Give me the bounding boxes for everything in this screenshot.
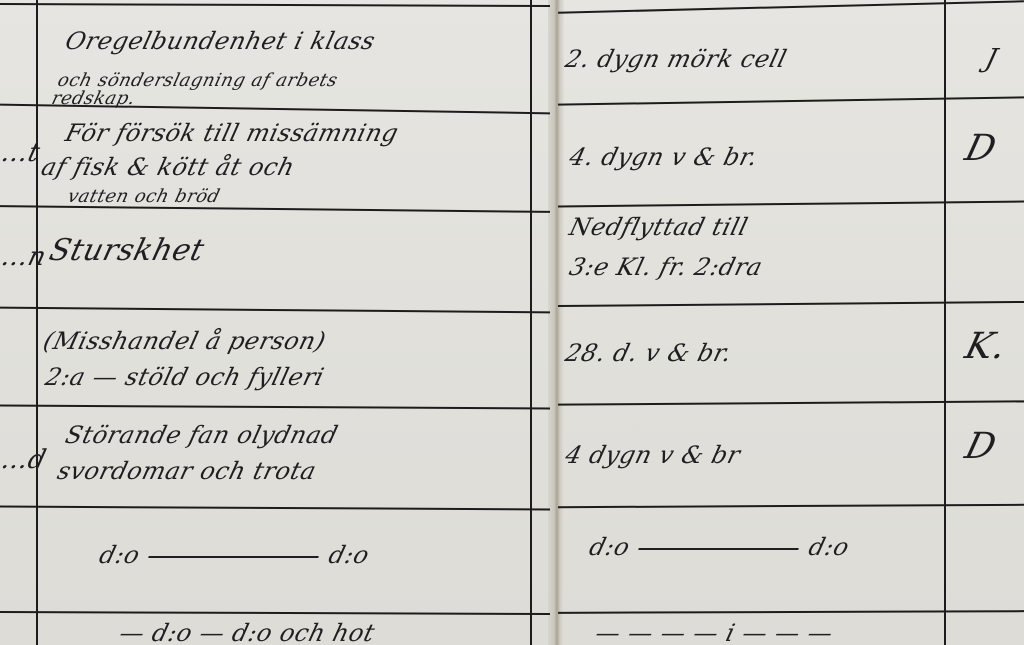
offense-entry-4-line-2: 2:a — stöld och fylleri <box>42 362 327 392</box>
ditto-mark: d:o <box>806 533 852 561</box>
punishment-entry-1: 2. dygn mörk cell <box>562 44 790 74</box>
ditto-line <box>639 548 799 550</box>
left-column-rule <box>530 0 532 645</box>
punishment-entry-6: d:od:o <box>586 532 852 562</box>
punishment-entry-7: — — — — i — — — <box>592 618 836 645</box>
offense-entry-6: d:od:o <box>96 540 372 570</box>
offense-entry-5-line-1: Störande fan olydnad <box>62 420 341 450</box>
edge-entry: K. <box>962 332 1009 362</box>
offense-entry-4-line-1: (Misshandel å person) <box>40 326 329 356</box>
punishment-entry-3-line-2: 3:e Kl. fr. 2:dra <box>566 252 766 282</box>
offense-entry-2-line-1: För försök till missämning <box>62 118 402 148</box>
ditto-mark: d:o <box>587 533 633 561</box>
punishment-entry-4: 28. d. v & br. <box>562 338 735 368</box>
ditto-mark: d:o <box>97 541 143 569</box>
offense-entry-7: — d:o — d:o och hot <box>116 618 378 645</box>
ditto-mark: d:o <box>326 541 372 569</box>
punishment-entry-2: 4. dygn v & br. <box>566 142 761 172</box>
offense-entry-5-line-2: svordomar och trota <box>54 456 319 486</box>
offense-entry-3: Sturskhet <box>46 236 207 266</box>
offense-entry-1-line-1: Oregelbundenhet i klass <box>62 26 378 56</box>
punishment-entry-3-line-1: Nedflyttad till <box>566 212 751 242</box>
margin-entry: …t <box>0 138 43 168</box>
offense-entry-1-line-3: redskap. <box>49 88 137 110</box>
margin-entry: …d <box>0 445 49 475</box>
punishment-entry-5: 4 dygn v & br <box>562 440 743 470</box>
offense-entry-2-line-3: vatten och bröd <box>65 186 222 208</box>
margin-entry: …n <box>0 242 49 272</box>
book-spine <box>548 0 564 645</box>
offense-entry-2-line-2: af fisk & kött åt och <box>38 152 298 182</box>
ditto-line <box>149 556 319 558</box>
left-margin-rule <box>36 0 38 645</box>
